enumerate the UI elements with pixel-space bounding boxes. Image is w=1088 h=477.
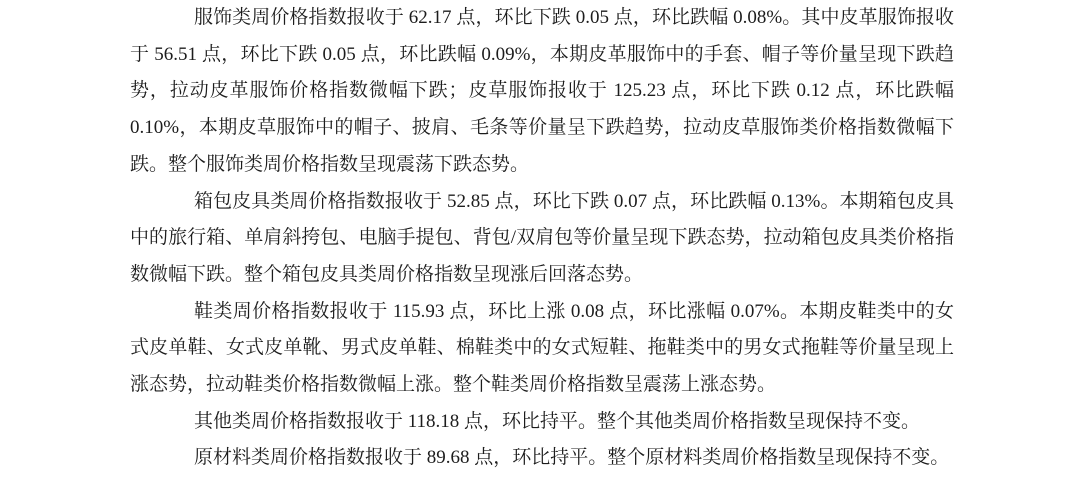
paragraph-raw-materials-index: 原材料类周价格指数报收于 89.68 点，环比持平。整个原材料类周价格指数呈现保… (130, 440, 954, 477)
paragraph-footwear-index: 鞋类周价格指数报收于 115.93 点，环比上涨 0.08 点，环比涨幅 0.0… (130, 294, 954, 404)
paragraph-apparel-index: 服饰类周价格指数报收于 62.17 点，环比下跌 0.05 点，环比跌幅 0.0… (130, 0, 954, 184)
document-page: 服饰类周价格指数报收于 62.17 点，环比下跌 0.05 点，环比跌幅 0.0… (0, 0, 1088, 477)
paragraph-others-index: 其他类周价格指数报收于 118.18 点，环比持平。整个其他类周价格指数呈现保持… (130, 404, 954, 441)
paragraph-bags-leather-goods-index: 箱包皮具类周价格指数报收于 52.85 点，环比下跌 0.07 点，环比跌幅 0… (130, 184, 954, 294)
